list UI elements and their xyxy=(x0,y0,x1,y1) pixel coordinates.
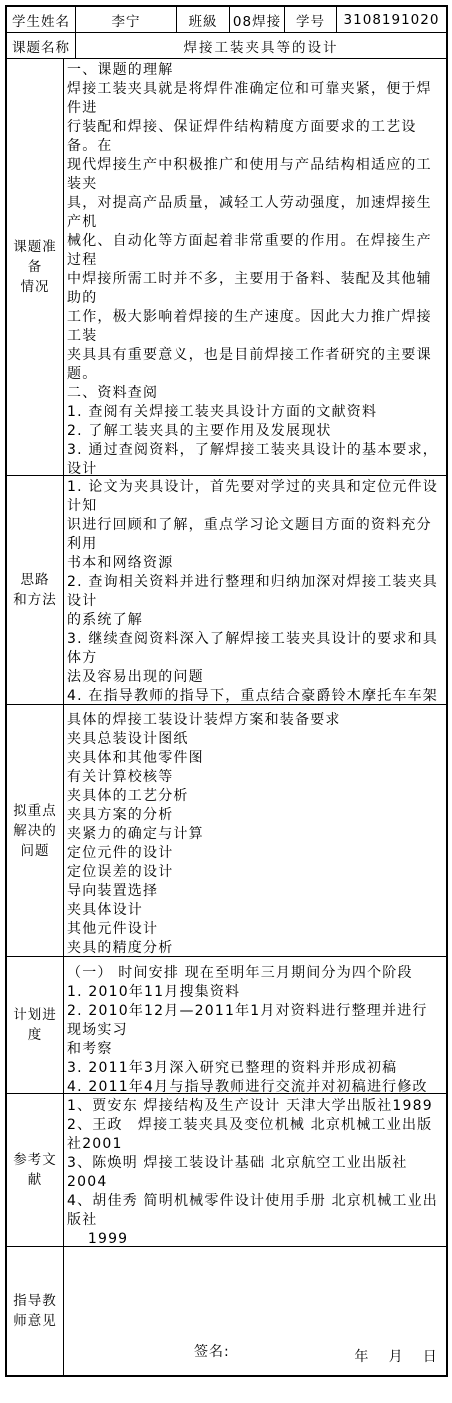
text-line: 2、王政 焊接工装夹具及变位机械 北京机械工业出版社2001 xyxy=(67,1116,442,1154)
text-line: 和方法 xyxy=(13,590,57,610)
section-references: 参考文献 1、贾安东 焊接结构及生产设计 天津大学出版社19892、王政 焊接工… xyxy=(7,1094,446,1247)
text-line: 拟重点 xyxy=(13,801,57,821)
section-key-problems-body: 具体的焊接工装设计装焊方案和装备要求夹具总装设计图纸夹具体和其他零件图有关计算校… xyxy=(64,705,446,956)
text-line: 其他元件设计 xyxy=(67,920,442,939)
date-month-label: 月 xyxy=(389,1348,404,1367)
text-line: 的系统了解 xyxy=(67,611,442,630)
section-preparation-body: 一、课题的理解焊接工装夹具就是将焊件准确定位和可靠夹紧，便于焊件进行装配和焊接、… xyxy=(64,59,446,475)
student-name-value: 李宁 xyxy=(76,7,177,32)
class-label: 班級 xyxy=(177,7,230,32)
text-line: 3. 继续查阅资料深入了解焊接工装夹具设计的要求和具体方 xyxy=(67,630,442,668)
text-line: 3. 2011年3月深入研究已整理的资料并形成初稿 xyxy=(67,1059,442,1078)
topic-row: 课题名称 焊接工装夹具等的设计 xyxy=(7,33,446,59)
text-line: 夹具具有重要意义，也是目前焊接工作者研究的主要课题。 xyxy=(67,346,442,384)
text-line: 夹紧力的确定与计算 xyxy=(67,825,442,844)
text-line: 献 xyxy=(28,1170,43,1190)
section-approach-label: 思路和方法 xyxy=(7,476,64,704)
date-day-label: 日 xyxy=(423,1348,438,1367)
student-info-row: 学生姓名 李宁 班級 08焊接 学号 3108191020 xyxy=(7,7,446,33)
text-line: 定位元件的设计 xyxy=(67,844,442,863)
class-value: 08焊接 xyxy=(230,7,285,32)
text-line: 法及容易出现的问题 xyxy=(67,668,442,687)
text-line: 计划进 xyxy=(13,1005,57,1025)
section-references-body: 1、贾安东 焊接结构及生产设计 天津大学出版社19892、王政 焊接工装夹具及变… xyxy=(64,1094,446,1246)
section-preparation-label: 课题准备情况 xyxy=(7,59,64,475)
section-advisor-opinion-label: 指导教师意见 xyxy=(7,1247,64,1375)
section-advisor-opinion-body: 签名: 年 月 日 xyxy=(64,1247,446,1375)
date-year-label: 年 xyxy=(354,1348,369,1367)
signature-label: 签名: xyxy=(194,1343,230,1362)
form-table: 学生姓名 李宁 班級 08焊接 学号 3108191020 课题名称 焊接工装夹… xyxy=(5,5,448,1377)
text-line: 4、胡佳秀 简明机械零件设计使用手册 北京机械工业出版社 xyxy=(67,1192,442,1230)
text-line: 二、资料查阅 xyxy=(67,384,442,403)
topic-label: 课题名称 xyxy=(7,33,76,58)
text-line: 识进行回顾和了解，重点学习论文题目方面的资料充分利用 xyxy=(67,516,442,554)
text-line: 夹具体的工艺分析 xyxy=(67,787,442,806)
text-line: 中焊接所需工时并不多，主要用于备料、装配及其他辅助的 xyxy=(67,270,442,308)
document-page: 学生姓名 李宁 班級 08焊接 学号 3108191020 课题名称 焊接工装夹… xyxy=(0,0,452,1403)
text-line: 械化、自动化等方面起着非常重要的作用。在焊接生产过程 xyxy=(67,232,442,270)
text-line: 有关计算校核等 xyxy=(67,768,442,787)
text-line: 参考文 xyxy=(13,1150,57,1170)
text-line: 夹具的精度分析 xyxy=(67,939,442,956)
text-line: 情况 xyxy=(21,277,50,297)
section-key-problems-label: 拟重点解决的问题 xyxy=(7,705,64,956)
text-line: 1999 xyxy=(67,1230,442,1246)
text-line: 1. 2010年11月搜集资料 xyxy=(67,983,442,1002)
section-advisor-opinion: 指导教师意见 签名: 年 月 日 xyxy=(7,1247,446,1375)
text-line: 度 xyxy=(28,1025,43,1045)
text-line: 问题 xyxy=(21,841,50,861)
section-schedule-body: （一） 时间安排 现在至明年三月期间分为四个阶段1. 2010年11月搜集资料2… xyxy=(64,957,446,1093)
text-line: 夹具体和其他零件图 xyxy=(67,749,442,768)
section-schedule: 计划进度 （一） 时间安排 现在至明年三月期间分为四个阶段1. 2010年11月… xyxy=(7,957,446,1094)
text-line: 夹具总装设计图纸 xyxy=(67,730,442,749)
text-line: 一、课题的理解 xyxy=(67,61,442,80)
text-line: （一） 时间安排 现在至明年三月期间分为四个阶段 xyxy=(67,964,442,983)
text-line: 师意见 xyxy=(13,1311,57,1331)
text-line: 2. 2010年12月—2011年1月对资料进行整理并进行现场实习 xyxy=(67,1002,442,1040)
text-line: 指导教 xyxy=(13,1291,57,1311)
text-line: 1、贾安东 焊接结构及生产设计 天津大学出版社1989 xyxy=(67,1097,442,1116)
text-line: 1. 论文为夹具设计，首先要对学过的夹具和定位元件设计知 xyxy=(67,478,442,516)
text-line: 夹具方案的分析 xyxy=(67,806,442,825)
text-line: 行装配和焊接、保证焊件结构精度方面要求的工艺设备。在 xyxy=(67,118,442,156)
text-line: 具，对提高产品质量，减轻工人劳动强度，加速焊接生产机 xyxy=(67,194,442,232)
text-line: 4. 在指导教师的指导下，重点结合豪爵铃木摩托车车架生产 xyxy=(67,687,442,704)
text-line: 定位误差的设计 xyxy=(67,863,442,882)
section-approach: 思路和方法 1. 论文为夹具设计，首先要对学过的夹具和定位元件设计知识进行回顾和… xyxy=(7,476,446,705)
text-line: 4. 2011年4月与指导教师进行交流并对初稿进行修改 xyxy=(67,1078,442,1093)
text-line: 备 xyxy=(28,257,43,277)
text-line: 导向装置选择 xyxy=(67,882,442,901)
section-key-problems: 拟重点解决的问题 具体的焊接工装设计装焊方案和装备要求夹具总装设计图纸夹具体和其… xyxy=(7,705,446,957)
text-line: 现代焊接生产中积极推广和使用与产品结构相适应的工装夹 xyxy=(67,156,442,194)
student-id-value: 3108191020 xyxy=(337,7,446,32)
date-fields: 年 月 日 xyxy=(354,1348,438,1367)
text-line: 课题准 xyxy=(13,237,57,257)
section-approach-body: 1. 论文为夹具设计，首先要对学过的夹具和定位元件设计知识进行回顾和了解，重点学… xyxy=(64,476,446,704)
text-line: 和考察 xyxy=(67,1040,442,1059)
text-line: 2. 了解工装夹具的主要作用及发展现状 xyxy=(67,422,442,441)
topic-value: 焊接工装夹具等的设计 xyxy=(76,33,446,58)
text-line: 1. 查阅有关焊接工装夹具设计方面的文献资料 xyxy=(67,403,442,422)
text-line: 3、陈焕明 焊接工装设计基础 北京航空工业出版社2004 xyxy=(67,1154,442,1192)
student-id-label: 学号 xyxy=(285,7,337,32)
text-line: 解决的 xyxy=(13,821,57,841)
text-line: 焊接工装夹具就是将焊件准确定位和可靠夹紧，便于焊件进 xyxy=(67,80,442,118)
section-references-label: 参考文献 xyxy=(7,1094,64,1246)
text-line: 具体的焊接工装设计装焊方案和装备要求 xyxy=(67,711,442,730)
text-line: 夹具体设计 xyxy=(67,901,442,920)
text-line: 2. 查询相关资料并进行整理和归纳加深对焊接工装夹具设计 xyxy=(67,573,442,611)
text-line: 书本和网络资源 xyxy=(67,554,442,573)
student-name-label: 学生姓名 xyxy=(7,7,76,32)
text-line: 思路 xyxy=(21,570,50,590)
section-schedule-label: 计划进度 xyxy=(7,957,64,1093)
text-line: 3. 通过查阅资料，了解焊接工装夹具设计的基本要求，设计 xyxy=(67,441,442,475)
section-preparation: 课题准备情况 一、课题的理解焊接工装夹具就是将焊件准确定位和可靠夹紧，便于焊件进… xyxy=(7,59,446,476)
text-line: 工作，极大影响着焊接的生产速度。因此大力推广焊接工装 xyxy=(67,308,442,346)
